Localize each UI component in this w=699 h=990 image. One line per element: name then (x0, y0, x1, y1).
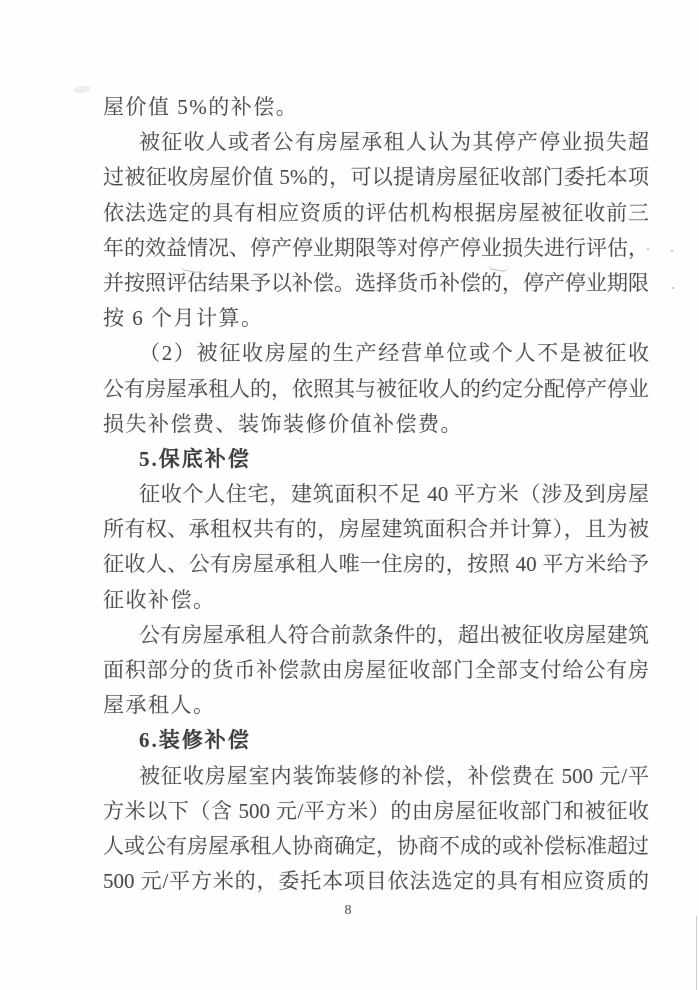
scan-smudge (73, 85, 92, 94)
text-line: 公有房屋承租人符合前款条件的，超出被征收房屋建筑 (103, 618, 649, 653)
section-5-heading: 5.保底补偿 (103, 442, 649, 477)
text-line: 500 元/平方米的，委托本项目依法选定的具有相应资质的房 (103, 864, 649, 899)
scanned-document-page: 屋价值 5%的补偿。 被征收人或者公有房屋承租人认为其停产停业损失超 过被征收房… (0, 0, 699, 990)
scan-speck (672, 287, 674, 289)
text-line: （2）被征收房屋的生产经营单位或个人不是被征收人、 (103, 336, 649, 371)
section-6-heading: 6.装修补偿 (103, 723, 649, 758)
text-line: 被征收人或者公有房屋承租人认为其停产停业损失超 (103, 125, 649, 160)
text-line: 损失补偿费、装饰装修价值补偿费。 (103, 407, 649, 442)
text-line: 依法选定的具有相应资质的评估机构根据房屋被征收前三 (103, 196, 649, 231)
text-line: 面积部分的货币补偿款由房屋征收部门全部支付给公有房 (103, 653, 649, 688)
page-number: 8 (338, 903, 358, 919)
text-line: 公有房屋承租人的，依照其与被征收人的约定分配停产停业 (103, 372, 649, 407)
text-line: 屋承租人。 (103, 688, 649, 723)
text-line: 征收个人住宅，建筑面积不足 40 平方米（涉及到房屋 (103, 477, 649, 512)
document-text-block: 屋价值 5%的补偿。 被征收人或者公有房屋承租人认为其停产停业损失超 过被征收房… (103, 90, 649, 899)
text-line: 征收补偿。 (103, 583, 649, 618)
text-line: 所有权、承租权共有的，房屋建筑面积合并计算），且为被 (103, 512, 649, 547)
text-line: 年的效益情况、停产停业期限等对停产停业损失进行评估， (103, 231, 649, 266)
text-line: 人或公有房屋承租人协商确定，协商不成的或补偿标准超过 (103, 829, 649, 864)
text-line: 屋价值 5%的补偿。 (103, 90, 649, 125)
scan-edge-line (696, 916, 697, 990)
scan-speck (671, 250, 673, 252)
text-line: 按 6 个月计算。 (103, 301, 649, 336)
text-line: 方米以下（含 500 元/平方米）的由房屋征收部门和被征收 (103, 794, 649, 829)
text-line: 过被征收房屋价值 5%的，可以提请房屋征收部门委托本项目 (103, 160, 649, 195)
text-line: 征收人、公有房屋承租人唯一住房的，按照 40 平方米给予 (103, 547, 649, 582)
text-line: 并按照评估结果予以补偿。选择货币补偿的，停产停业期限 (103, 266, 649, 301)
text-line: 被征收房屋室内装饰装修的补偿，补偿费在 500 元/平 (103, 759, 649, 794)
